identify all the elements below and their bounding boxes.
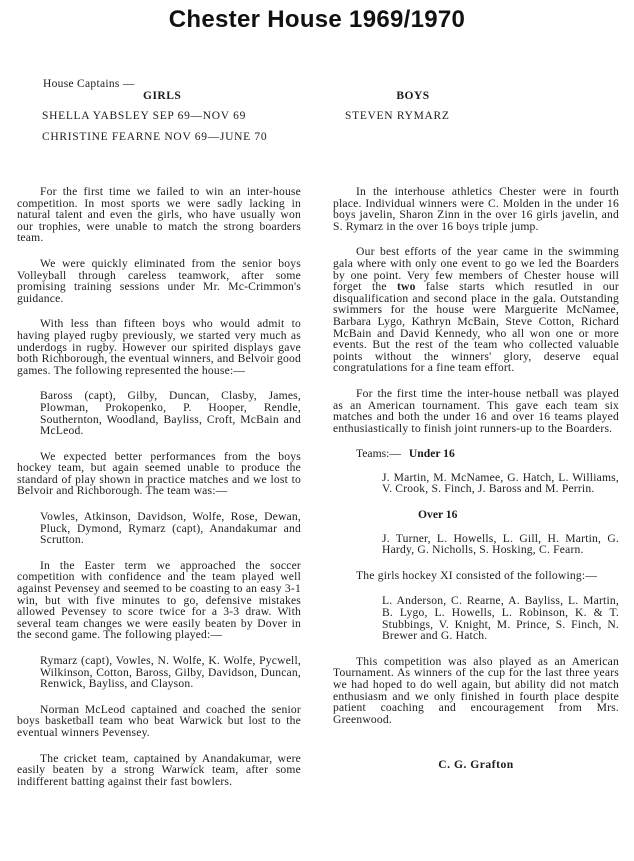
swimming-paragraph: Our best efforts of the year came in the…: [333, 246, 619, 374]
soccer-paragraph: In the Easter term we approached the soc…: [17, 560, 301, 641]
girls-hockey-team-list: L. Anderson, C. Rearne, A. Bayliss, L. M…: [382, 595, 619, 641]
tournament-paragraph: This competition was also played as an A…: [333, 656, 619, 726]
boys-hockey-team-list: Vowles, Atkinson, Davidson, Wolfe, Rose,…: [40, 511, 301, 546]
under-16-heading: Under 16: [409, 447, 455, 460]
left-column: For the first time we failed to win an i…: [17, 186, 301, 801]
intro-paragraph: For the first time we failed to win an i…: [17, 186, 301, 244]
boys-hockey-paragraph: We expected better performances from the…: [17, 451, 301, 497]
house-captains-label: House Captains —: [43, 78, 135, 90]
netball-paragraph: For the first time the inter-house netba…: [333, 388, 619, 434]
teams-heading: Teams:—Under 16: [356, 448, 619, 460]
over-16-team-list: J. Turner, L. Howells, L. Gill, H. Marti…: [382, 533, 619, 556]
girls-captain-2: CHRISTINE FEARNE NOV 69—JUNE 70: [42, 131, 267, 143]
rugby-paragraph: With less than fifteen boys who would ad…: [17, 318, 301, 376]
page-title: Chester House 1969/1970: [0, 6, 634, 34]
over-16-heading: Over 16: [418, 509, 619, 521]
girls-hockey-paragraph: The girls hockey XI consisted of the fol…: [333, 570, 619, 582]
right-column: In the interhouse athletics Chester were…: [333, 186, 619, 771]
volleyball-paragraph: We were quickly eliminated from the seni…: [17, 258, 301, 304]
cricket-paragraph: The cricket team, captained by Anandakum…: [17, 753, 301, 788]
swimming-text-2: false starts which resutled in our disqu…: [333, 280, 619, 374]
under-16-team-list: J. Martin, M. McNamee, G. Hatch, L. Will…: [382, 472, 619, 495]
boys-heading: BOYS: [378, 90, 448, 102]
girls-captain-1: SHELLA YABSLEY SEP 69—NOV 69: [42, 110, 246, 122]
basketball-paragraph: Norman McLeod captained and coached the …: [17, 704, 301, 739]
rugby-team-list: Baross (capt), Gilby, Duncan, Clasby, Ja…: [40, 390, 301, 436]
teams-label: Teams:—: [356, 447, 401, 460]
girls-heading: GIRLS: [143, 90, 181, 102]
author-signature: C. G. Grafton: [333, 759, 619, 771]
boys-captain: STEVEN RYMARZ: [345, 110, 450, 122]
soccer-team-list: Rymarz (capt), Vowles, N. Wolfe, K. Wolf…: [40, 655, 301, 690]
athletics-paragraph: In the interhouse athletics Chester were…: [333, 186, 619, 232]
